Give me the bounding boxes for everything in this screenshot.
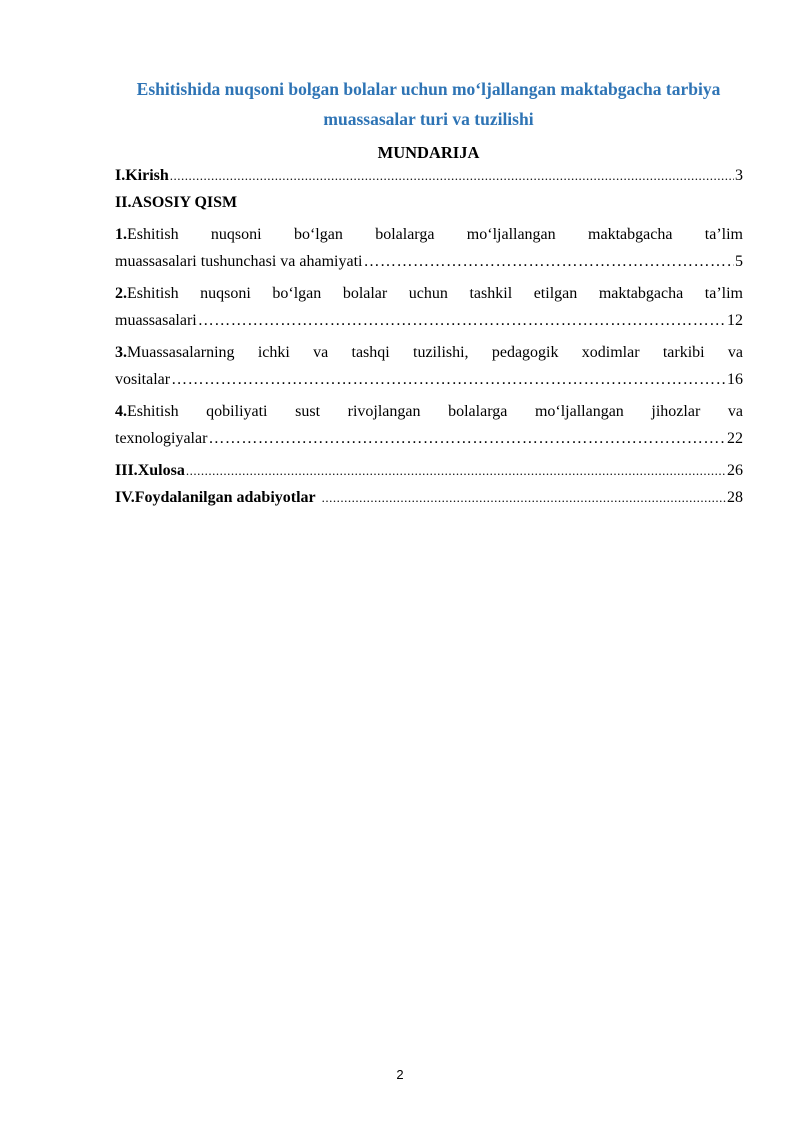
toc-entry-label: ASOSIY QISM bbox=[131, 190, 237, 217]
dot-leader bbox=[171, 367, 726, 394]
toc-entry-num: 2. bbox=[115, 285, 127, 302]
toc-entry-1-line1[interactable]: 1.Eshitish nuqsoni bo‘lgan bolalarga mo‘… bbox=[115, 222, 743, 249]
dot-leader bbox=[208, 426, 726, 453]
toc-entry-label: Eshitish nuqsoni bo‘lgan bolalar uchun t… bbox=[127, 285, 743, 302]
toc-entry-label: Eshitish nuqsoni bo‘lgan bolalarga mo‘lj… bbox=[127, 226, 743, 243]
toc-entry-3-line1[interactable]: 3.Muassasalarning ichki va tashqi tuzili… bbox=[115, 340, 743, 367]
dot-leader bbox=[170, 163, 734, 190]
page-number: 2 bbox=[0, 1067, 800, 1082]
toc-entry-2-line1[interactable]: 2.Eshitish nuqsoni bo‘lgan bolalar uchun… bbox=[115, 281, 743, 308]
toc-entry-num: I. bbox=[115, 163, 125, 190]
toc-entry-num: 3. bbox=[115, 344, 127, 361]
toc-entry-4-line1[interactable]: 4.Eshitish qobiliyati sust rivojlangan b… bbox=[115, 399, 743, 426]
toc-entry-2-line2[interactable]: muassasalari 12 bbox=[115, 308, 743, 335]
toc-entry-num: IV. bbox=[115, 485, 135, 512]
document-title: Eshitishida nuqsoni bolgan bolalar uchun… bbox=[114, 74, 743, 134]
toc-entry-page: 12 bbox=[727, 308, 743, 335]
toc-entry-label: Eshitish qobiliyati sust rivojlangan bol… bbox=[127, 403, 743, 420]
toc-entry-page: 5 bbox=[735, 249, 743, 276]
toc-entry-num: II. bbox=[115, 190, 131, 217]
toc-entry-page: 3 bbox=[735, 163, 743, 190]
dot-leader bbox=[322, 485, 726, 512]
toc-entry-asosiy-qism[interactable]: II.ASOSIY QISM bbox=[115, 190, 743, 217]
toc-entry-label: Kirish bbox=[125, 163, 169, 190]
toc-entry-label: Foydalanilgan adabiyotlar bbox=[135, 485, 316, 512]
toc-entry-xulosa[interactable]: III.Xulosa 26 bbox=[115, 458, 743, 485]
toc-entry-page: 22 bbox=[727, 426, 743, 453]
toc-entry-label: Muassasalarning ichki va tashqi tuzilish… bbox=[127, 344, 743, 361]
toc-entry-num: 1. bbox=[115, 226, 127, 243]
toc-entry-label: vositalar bbox=[115, 367, 170, 394]
dot-leader bbox=[186, 458, 726, 485]
toc-entry-kirish[interactable]: I.Kirish 3 bbox=[115, 163, 743, 190]
toc-heading: MUNDARIJA bbox=[114, 143, 743, 163]
toc-entry-3-line2[interactable]: vositalar 16 bbox=[115, 367, 743, 394]
toc-entry-adabiyotlar[interactable]: IV.Foydalanilgan adabiyotlar 28 bbox=[115, 485, 743, 512]
toc-entry-label: muassasalari bbox=[115, 308, 197, 335]
toc-entry-page: 28 bbox=[727, 485, 743, 512]
toc-entry-num: 4. bbox=[115, 403, 127, 420]
toc-entry-page: 16 bbox=[727, 367, 743, 394]
toc-entry-label: Xulosa bbox=[138, 458, 185, 485]
toc-entry-4-line2[interactable]: texnologiyalar 22 bbox=[115, 426, 743, 453]
toc-entry-page: 26 bbox=[727, 458, 743, 485]
toc-entry-label: muassasalari tushunchasi va ahamiyati bbox=[115, 249, 362, 276]
dot-leader bbox=[198, 308, 726, 335]
toc-entry-1-line2[interactable]: muassasalari tushunchasi va ahamiyati 5 bbox=[115, 249, 743, 276]
table-of-contents: I.Kirish 3 II.ASOSIY QISM 1.Eshitish nuq… bbox=[115, 163, 743, 511]
dot-leader bbox=[363, 249, 734, 276]
toc-entry-num: III. bbox=[115, 458, 138, 485]
toc-entry-label: texnologiyalar bbox=[115, 426, 207, 453]
